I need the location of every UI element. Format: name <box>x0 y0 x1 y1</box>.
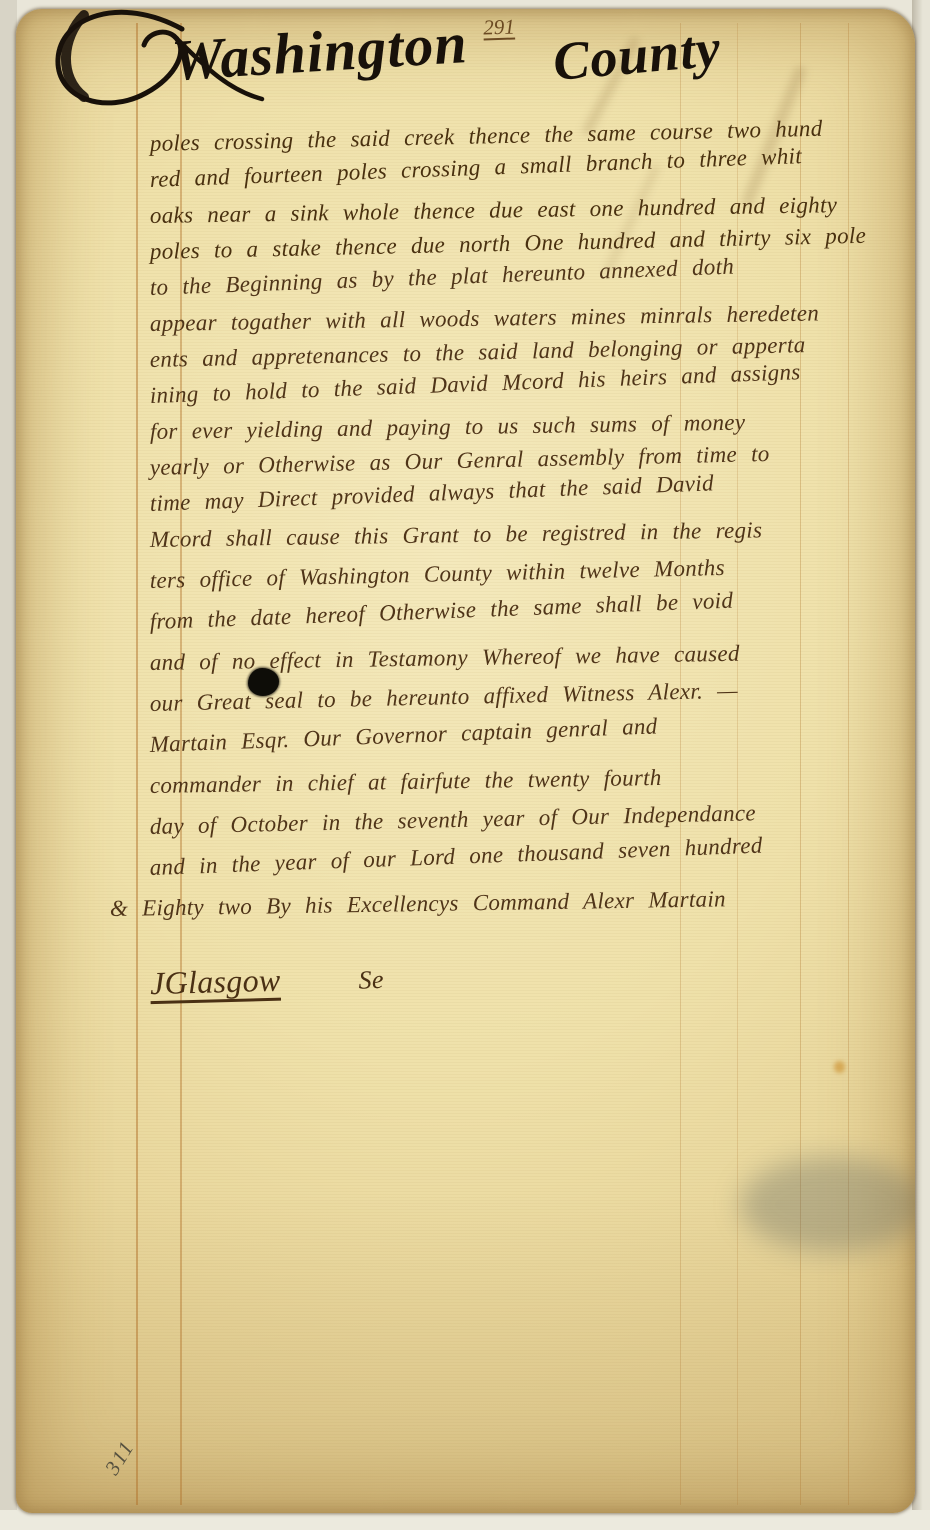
manuscript-lines: poles crossing the said creek thence the… <box>150 131 915 937</box>
scanner-edge-left <box>0 0 17 1530</box>
secretary-signature: JGlasgow <box>150 962 281 1001</box>
page-number-side-rotated: 311 <box>100 1436 140 1480</box>
manuscript-text-block: poles crossing the said creek thence the… <box>150 131 915 992</box>
graphite-smudge <box>740 1157 915 1252</box>
header-title-county: County <box>551 17 724 93</box>
signature-suffix: Se <box>358 965 384 995</box>
scanner-edge-bottom <box>0 1510 930 1530</box>
page-number-top: 291 <box>454 13 545 41</box>
scanned-document: { "page": { "top_page_number": "291", "s… <box>0 0 930 1530</box>
margin-rule-line <box>136 23 138 1505</box>
manuscript-page: 291 Washington County poles crossing the… <box>16 9 915 1513</box>
stain-spot <box>834 1061 845 1073</box>
signature-row: JGlasgow Se <box>150 945 915 1002</box>
